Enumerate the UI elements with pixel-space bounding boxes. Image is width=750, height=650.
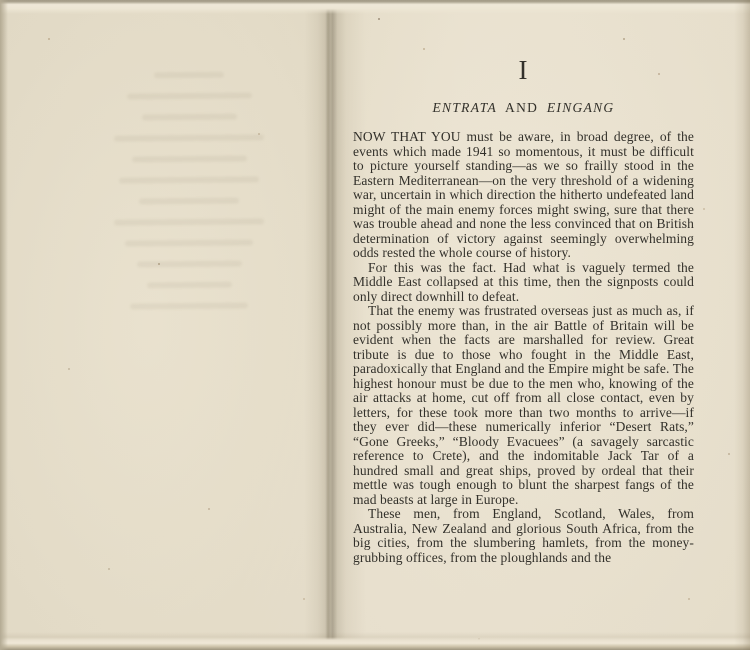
ghost-text-line: [125, 239, 253, 246]
paragraph: These men, from England, Scotland, Wales…: [353, 507, 694, 565]
left-page-blank: [4, 6, 322, 642]
open-book-photo: I ENTRATA AND EINGANG NOW THAT YOU must …: [0, 0, 750, 650]
ghost-text-line: [137, 261, 242, 268]
ghost-text-line: [132, 155, 247, 162]
paragraph: NOW THAT YOU must be aware, in broad deg…: [353, 130, 694, 261]
show-through-text: [74, 71, 304, 325]
right-page-text: I ENTRATA AND EINGANG NOW THAT YOU must …: [330, 0, 750, 650]
ghost-text-line: [114, 218, 264, 225]
ghost-text-line: [139, 198, 239, 205]
page-left-edge: [0, 0, 8, 650]
page-right-edge: [734, 0, 750, 650]
ghost-text-line: [147, 282, 232, 289]
chapter-title: ENTRATA AND EINGANG: [353, 100, 694, 116]
ghost-text-line: [127, 92, 252, 99]
paper-speckles: [48, 38, 50, 40]
chapter-body: NOW THAT YOU must be aware, in broad deg…: [353, 130, 694, 565]
page-bottom-edge: [0, 632, 750, 650]
ghost-text-line: [154, 72, 224, 79]
ghost-text-line: [114, 134, 264, 141]
chapter-numeral: I: [353, 56, 694, 86]
chapter-title-conjunction: AND: [505, 100, 538, 115]
chapter-title-word-italic: ENTRATA: [433, 100, 498, 115]
ghost-text-line: [119, 176, 259, 183]
ghost-text-line: [130, 302, 248, 309]
ghost-text-line: [142, 114, 237, 121]
page-top-edge: [0, 0, 750, 14]
paragraph: That the enemy was frustrated overseas j…: [353, 304, 694, 507]
paragraph: For this was the fact. Had what is vague…: [353, 261, 694, 305]
chapter-title-word-italic: EINGANG: [547, 100, 615, 115]
